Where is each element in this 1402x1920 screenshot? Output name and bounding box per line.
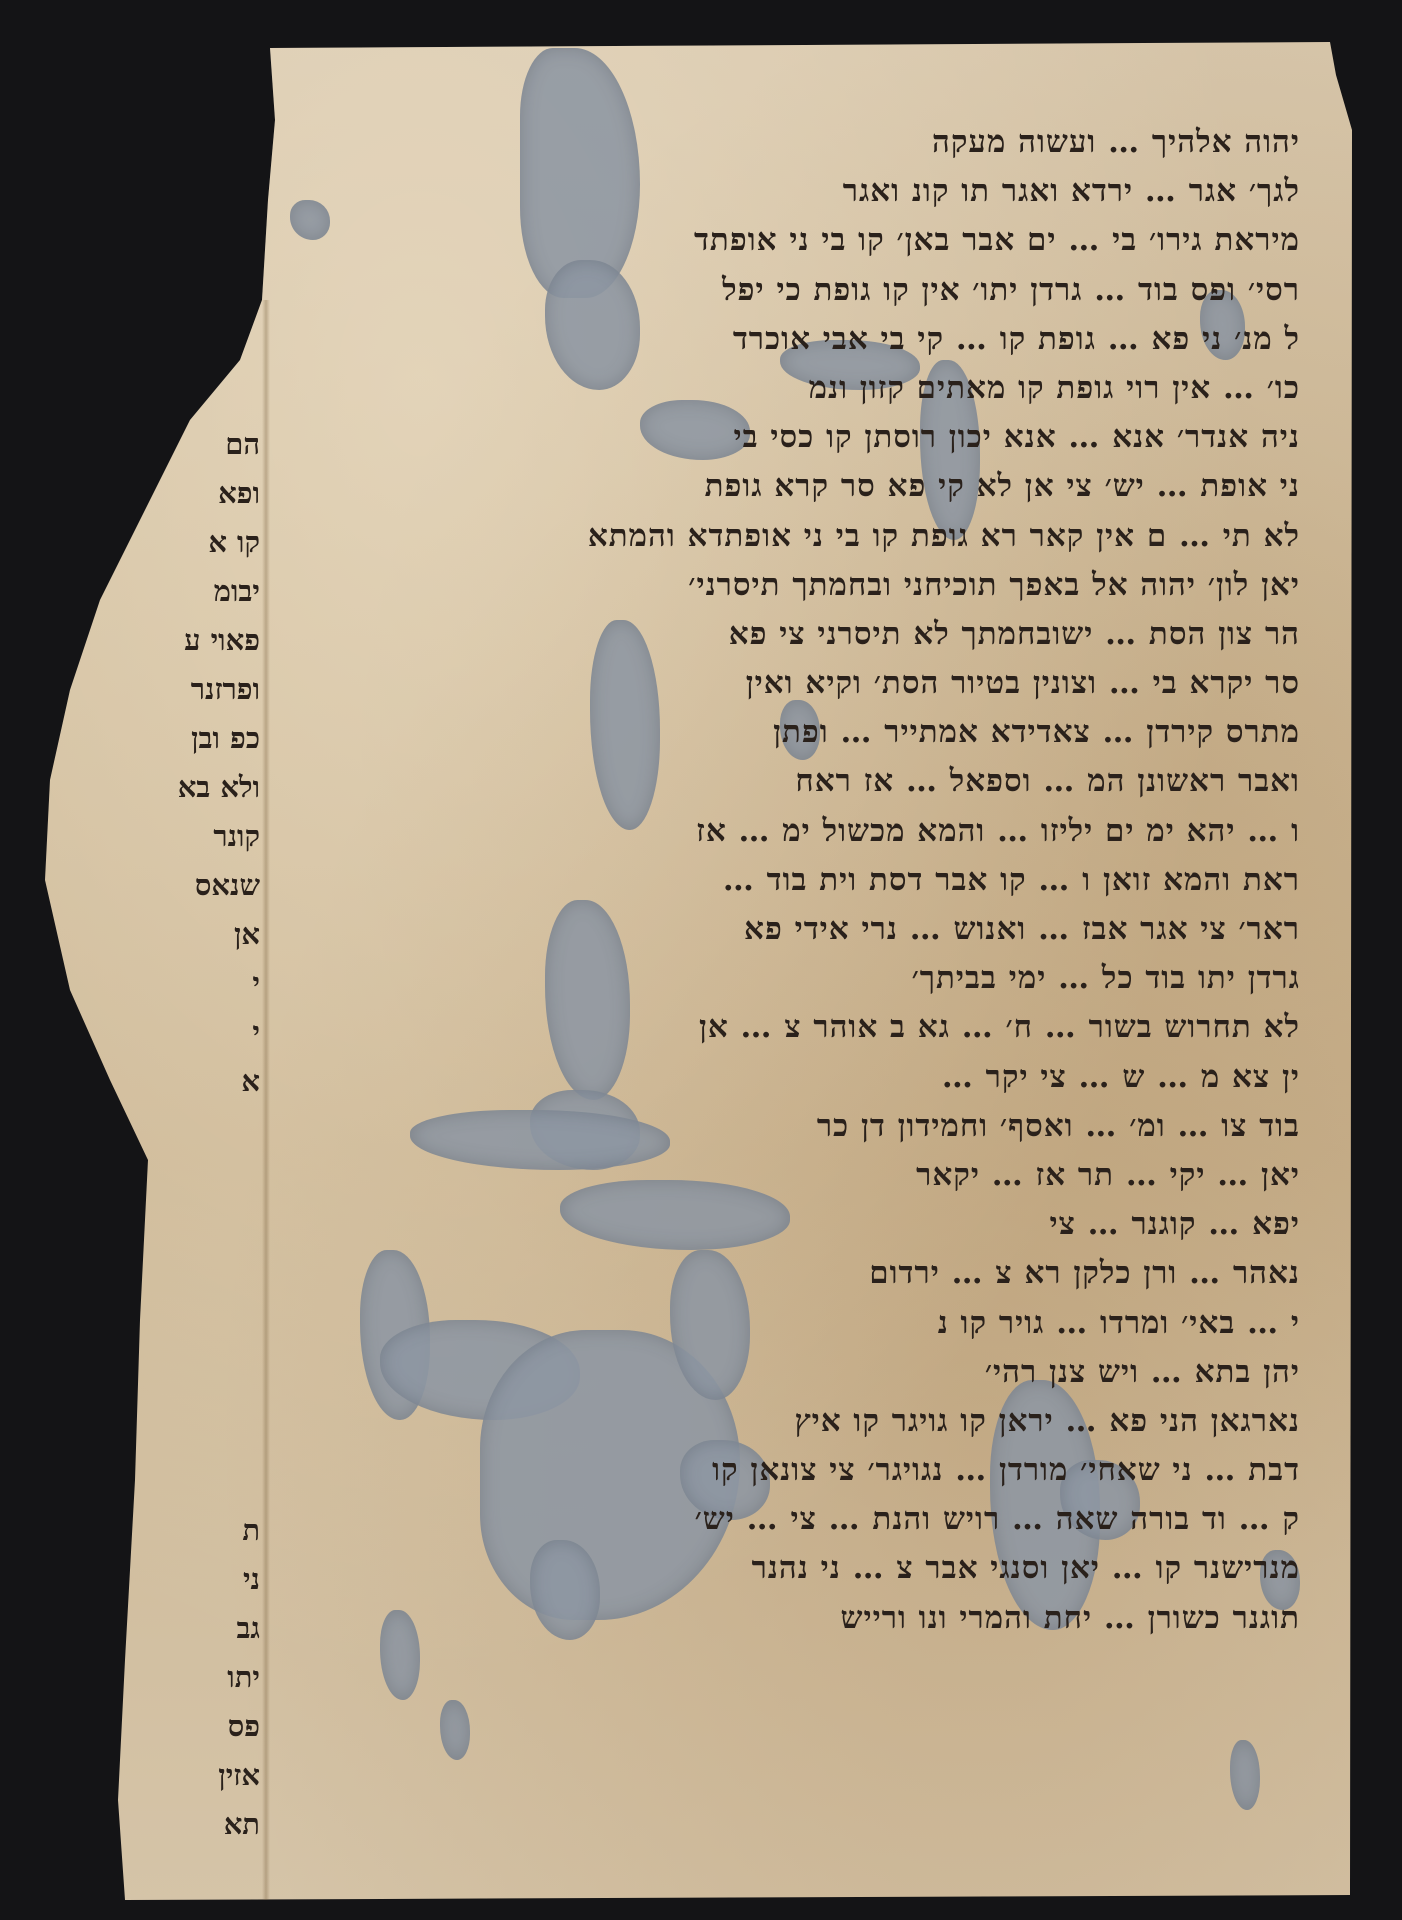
text-line: מיראת גירו׳ בי … ים אבר באן׳ קו בי ני או… xyxy=(345,216,1300,265)
margin-line: שנאס xyxy=(150,861,260,910)
text-line: תוגנר כשורן … יחת והמרי ונו ורייש xyxy=(345,1594,1300,1643)
margin-line: אזין xyxy=(150,1751,260,1800)
fold-crease xyxy=(262,300,270,1900)
margin-line: גב xyxy=(150,1604,260,1653)
text-line: לא תי … ם אין קאר רא גופת קו בי ני אופתד… xyxy=(345,512,1300,561)
text-line: ק … וד בורה שאה … רויש והנת … צי … יש׳ xyxy=(345,1495,1300,1544)
text-line: ל מנ׳ ני פא … גופת קו … קי בי אבי אוכרד xyxy=(345,315,1300,364)
text-line: כו׳ … אין רוי גופת קו מאתים קזון ונמ xyxy=(345,364,1300,413)
margin-line: תא xyxy=(150,1800,260,1849)
text-line: יהן בתא … ויש צנן רהי׳ xyxy=(345,1348,1300,1397)
margin-line: אן xyxy=(150,910,260,959)
text-line: בוד צו … ומ׳ … ואסף׳ וחמידון דן כר xyxy=(345,1102,1300,1151)
margin-line: ת xyxy=(150,1506,260,1555)
margin-line: א xyxy=(150,1057,260,1106)
margin-line: יתו xyxy=(150,1653,260,1702)
text-line: יהוה אלהיך … ועשוה מעקה xyxy=(345,118,1300,167)
text-line: ין צא מ … ש … צי יקר … xyxy=(345,1053,1300,1102)
text-line: סר יקרא בי … וצונין בטיור הסת׳ וקיא ואין xyxy=(345,659,1300,708)
text-line: י … באי׳ ומרדו … גויר קו נ xyxy=(345,1299,1300,1348)
margin-line: י xyxy=(150,1008,260,1057)
margin-line: פאוי ע xyxy=(150,616,260,665)
text-line: ואבר ראשונן המ … וספאל … אז ראח xyxy=(345,757,1300,806)
text-line: יפא … קוגנר … צי xyxy=(345,1200,1300,1249)
margin-line: ני xyxy=(150,1555,260,1604)
text-line: הר צון הסת … ישובחמתך לא תיסרני צי פא xyxy=(345,610,1300,659)
text-line: ני אופת … יש׳ צי אן לא קי פא סר קרא גופת xyxy=(345,462,1300,511)
text-line: לגך׳ אגר … ירדא ואגר תו קונ ואגר xyxy=(345,167,1300,216)
margin-line: הם xyxy=(150,420,260,469)
text-line: גרדן יתו בוד כל … ימי בביתך׳ xyxy=(345,954,1300,1003)
text-line: דבת … ני שאחי׳ מורדן … נגויגר׳ צי צונאן … xyxy=(345,1446,1300,1495)
margin-line: ולא בא xyxy=(150,763,260,812)
text-line: מנרישנר קו … יאן וסנגי אבר צ … ני נהנר xyxy=(345,1544,1300,1593)
margin-line: קו א xyxy=(150,518,260,567)
text-line: מתרס קירדן … צאדידא אמתייר … ופתן xyxy=(345,708,1300,757)
margin-line: ופרזנר xyxy=(150,665,260,714)
margin-line: קונר xyxy=(150,812,260,861)
margin-line: פס xyxy=(150,1702,260,1751)
manuscript-photo: יהוה אלהיך … ועשוה מעקה לגך׳ אגר … ירדא … xyxy=(0,0,1402,1920)
text-line: נארגאן הני פא … יראן קו גויגר קו איץ xyxy=(345,1397,1300,1446)
margin-line: י xyxy=(150,959,260,1008)
text-line: לא תחרוש בשור … ח׳ … גא ב אוהר צ … אן xyxy=(345,1003,1300,1052)
text-line: ראר׳ צי אגר אבז … ואנוש … נרי אידי פא xyxy=(345,905,1300,954)
text-line: ו … יהא ימ ים יליזו … והמא מכשול ימ … אז xyxy=(345,807,1300,856)
text-line: נאהר … ורן כלקן רא צ … ירדום xyxy=(345,1249,1300,1298)
margin-line: כפ ובן xyxy=(150,714,260,763)
text-line: יאן … יקי … תר אז … יקאר xyxy=(345,1151,1300,1200)
margin-text-column: הם ופא קו א יבומ פאוי ע ופרזנר כפ ובן ול… xyxy=(150,420,260,1849)
text-line: רסי׳ ופס בוד … גרדן יתו׳ אין קו גופת כי … xyxy=(345,266,1300,315)
text-line: יאן לון׳ יהוה אל באפך תוכיחני ובחמתך תיס… xyxy=(345,561,1300,610)
text-line: ניה אנדר׳ אנא … אנא יכון רוסתן קו כסי בי xyxy=(345,413,1300,462)
margin-line: ופא xyxy=(150,469,260,518)
text-line: ראת והמא זואן ו … קו אבר דסת וית בוד … xyxy=(345,856,1300,905)
main-text-column: יהוה אלהיך … ועשוה מעקה לגך׳ אגר … ירדא … xyxy=(345,118,1300,1643)
margin-line: יבומ xyxy=(150,567,260,616)
